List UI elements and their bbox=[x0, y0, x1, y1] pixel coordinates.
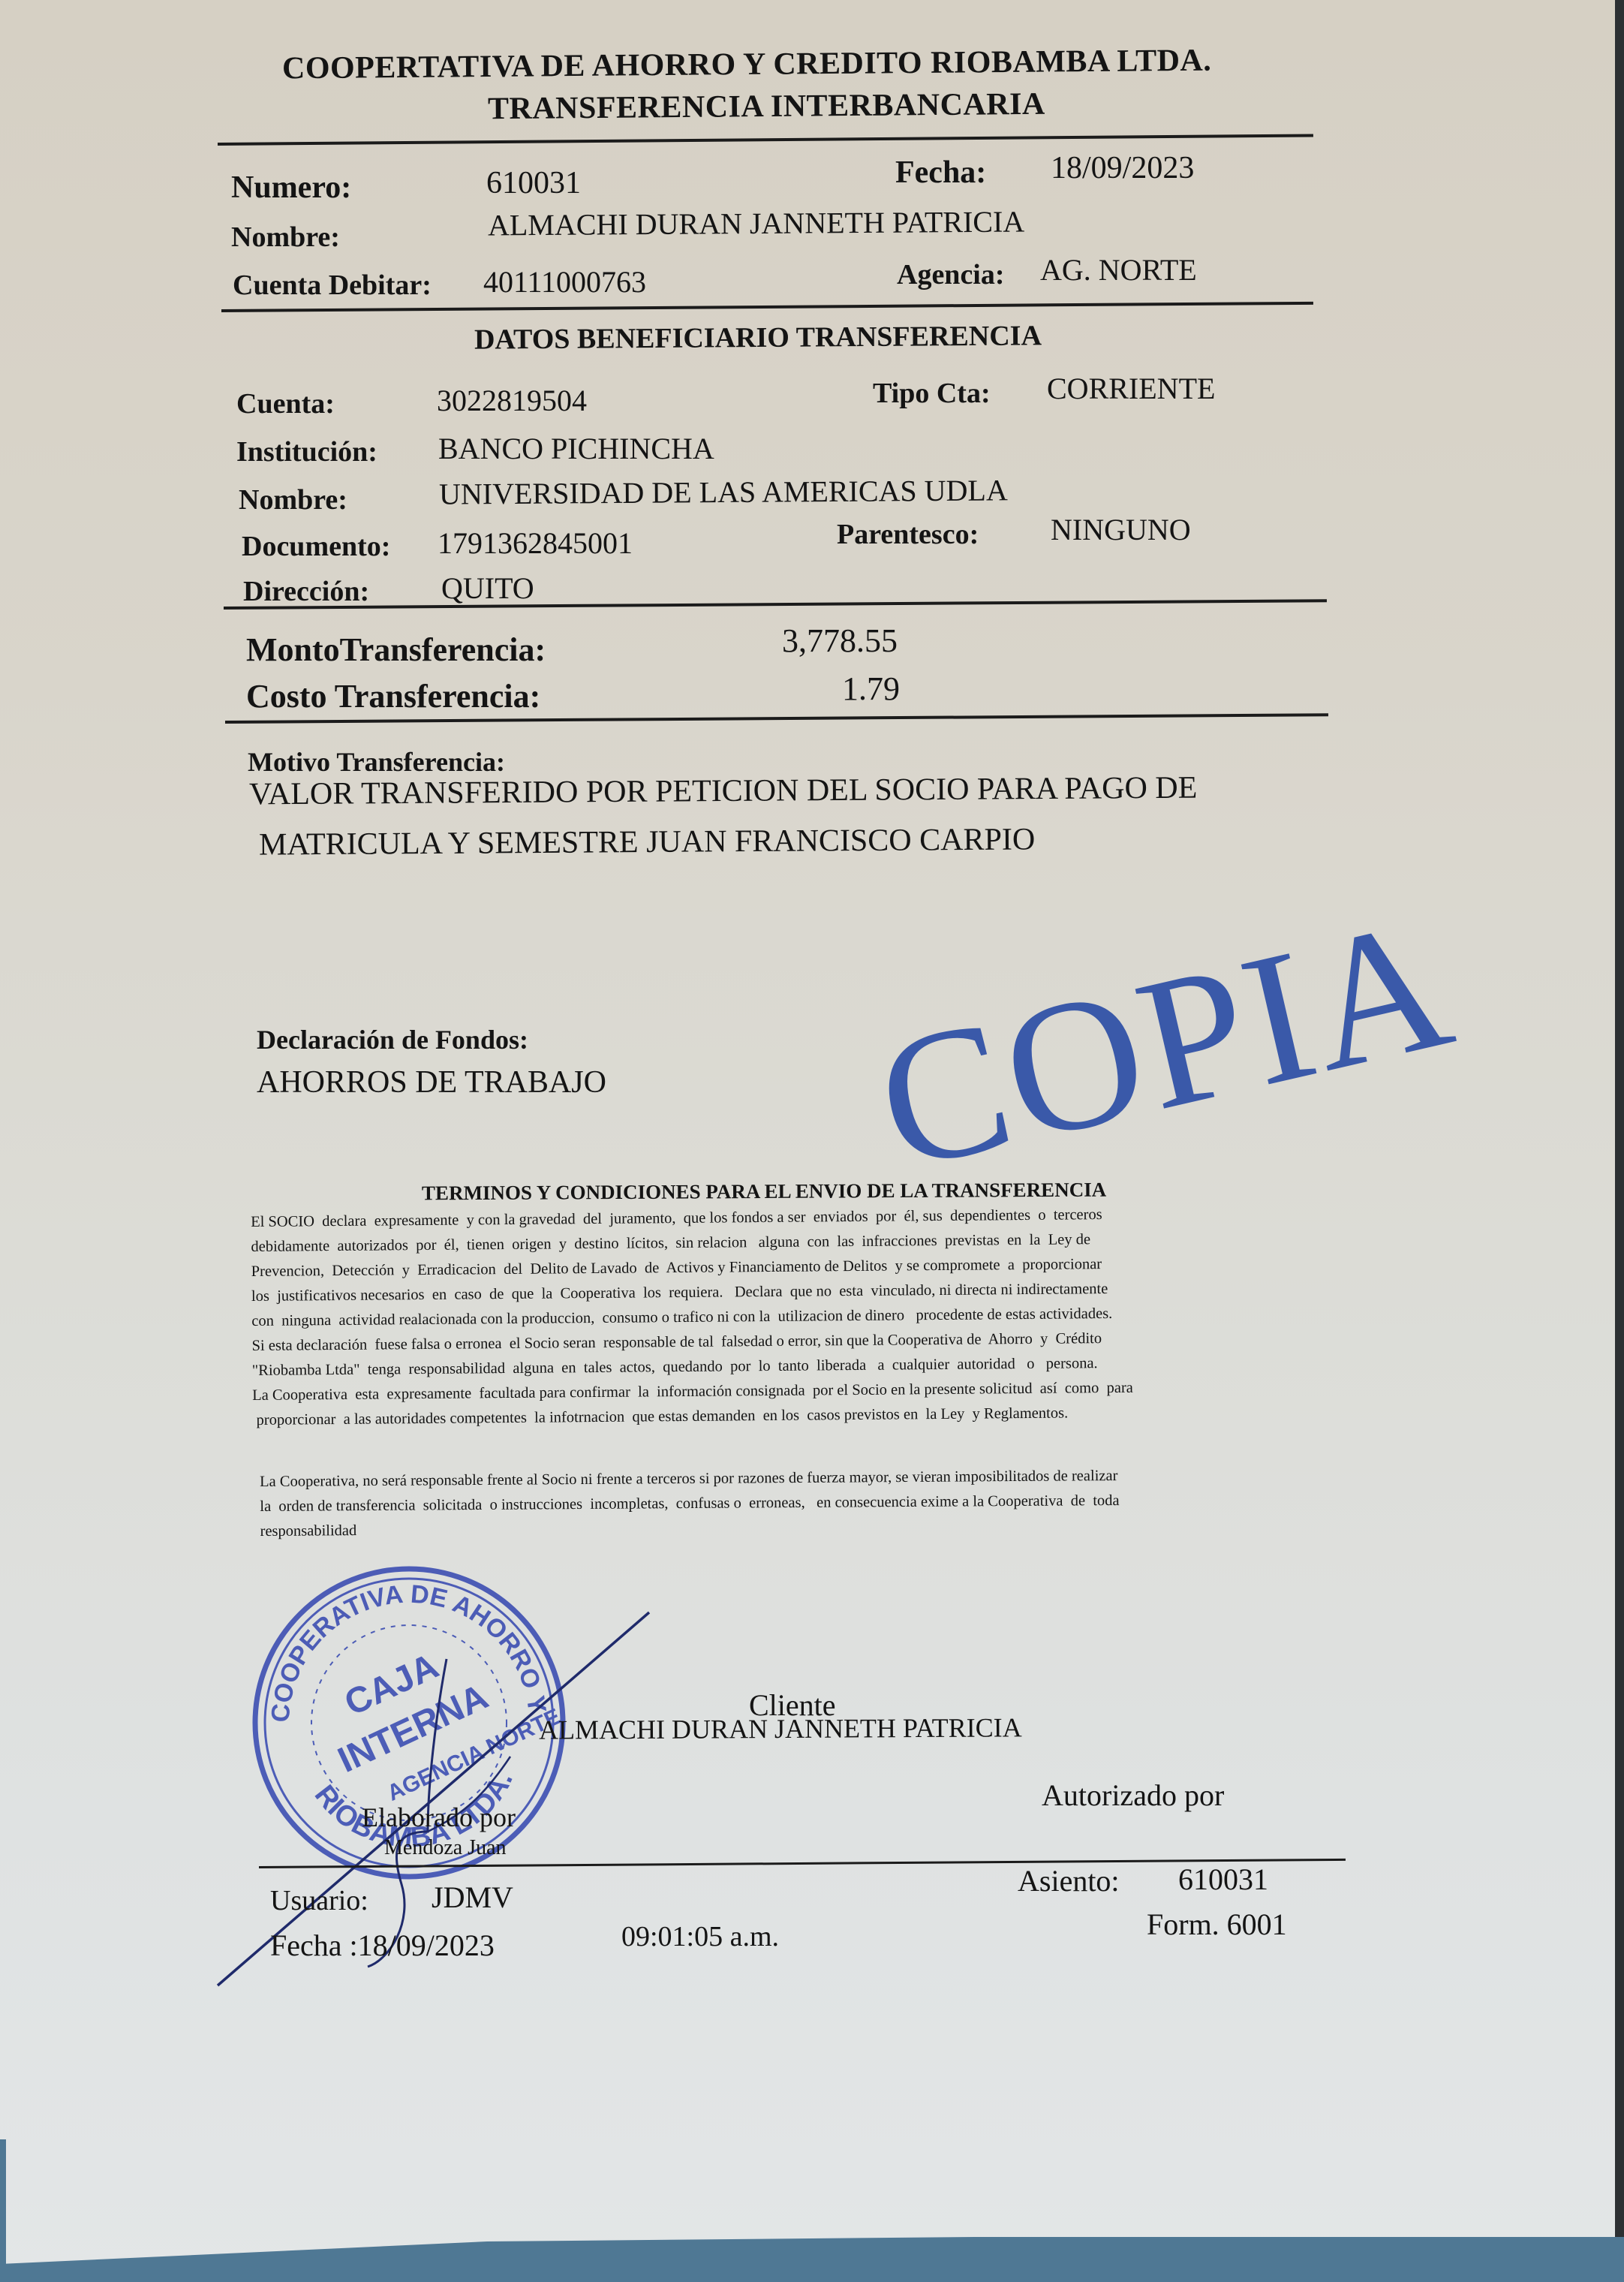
cuenta-debitar-label: Cuenta Debitar: bbox=[233, 269, 432, 302]
nombre-value: ALMACHI DURAN JANNETH PATRICIA bbox=[488, 204, 1025, 243]
direccion-value: QUITO bbox=[441, 570, 534, 606]
elaborado-por-label: Elaborado por bbox=[362, 1802, 516, 1833]
numero-value: 610031 bbox=[486, 165, 581, 201]
parentesco-label: Parentesco: bbox=[837, 518, 979, 551]
fecha-label: Fecha: bbox=[895, 155, 986, 191]
institucion-label: Institución: bbox=[236, 435, 377, 468]
motivo-line-1: VALOR TRANSFERIDO POR PETICION DEL SOCIO… bbox=[249, 770, 1198, 813]
beneficiario-section-title: DATOS BENEFICIARIO TRANSFERENCIA bbox=[474, 319, 1042, 356]
nombre-label: Nombre: bbox=[231, 221, 340, 254]
elaborado-por-nombre: Mendoza Juan bbox=[384, 1836, 507, 1860]
usuario-label: Usuario: bbox=[270, 1884, 368, 1917]
direccion-label: Dirección: bbox=[243, 575, 369, 608]
tipo-cuenta-value: CORRIENTE bbox=[1047, 371, 1215, 406]
asiento-value: 610031 bbox=[1178, 1862, 1268, 1897]
cliente-nombre: ALMACHI DURAN JANNETH PATRICIA bbox=[539, 1711, 1022, 1745]
beneficiario-cuenta-value: 3022819504 bbox=[437, 383, 587, 418]
beneficiario-nombre-label: Nombre: bbox=[239, 483, 347, 516]
form-number: Form. 6001 bbox=[1147, 1907, 1287, 1942]
fuerza-mayor-body: La Cooperativa, no será responsable fren… bbox=[260, 1464, 1120, 1544]
ordenante-divider bbox=[221, 302, 1313, 312]
footer-hora: 09:01:05 a.m. bbox=[621, 1920, 779, 1953]
cuenta-debitar-value: 40111000763 bbox=[483, 264, 646, 300]
motivo-label: Motivo Transferencia: bbox=[248, 746, 505, 778]
asiento-label: Asiento: bbox=[1018, 1863, 1120, 1898]
header-divider bbox=[218, 134, 1313, 146]
footer-fecha-value: 18/09/2023 bbox=[358, 1928, 495, 1962]
numero-label: Numero: bbox=[231, 170, 351, 206]
monto-label: MontoTransferencia: bbox=[246, 631, 546, 669]
agencia-value: AG. NORTE bbox=[1040, 252, 1197, 288]
parentesco-value: NINGUNO bbox=[1051, 512, 1191, 547]
beneficiario-cuenta-label: Cuenta: bbox=[236, 387, 335, 420]
tipo-cuenta-label: Tipo Cta: bbox=[873, 377, 991, 410]
institucion-value: BANCO PICHINCHA bbox=[438, 431, 714, 466]
institution-title: COOPERTATIVA DE AHORRO Y CREDITO RIOBAMB… bbox=[282, 43, 1212, 87]
costo-label: Costo Transferencia: bbox=[246, 677, 540, 715]
copia-stamp: COPIA bbox=[859, 874, 1471, 1215]
autorizado-por-label: Autorizado por bbox=[1042, 1778, 1224, 1813]
motivo-line-2: MATRICULA Y SEMESTRE JUAN FRANCISCO CARP… bbox=[259, 821, 1036, 863]
agencia-label: Agencia: bbox=[897, 258, 1005, 291]
footer-fecha-label: Fecha : bbox=[270, 1928, 358, 1962]
terminos-body: El SOCIO declara expresamente y con la g… bbox=[251, 1203, 1133, 1433]
beneficiario-divider bbox=[224, 599, 1327, 610]
document-type-title: TRANSFERENCIA INTERBANCARIA bbox=[488, 86, 1045, 127]
costo-value: 1.79 bbox=[842, 670, 900, 708]
background-edge bbox=[1615, 0, 1624, 2282]
footer-fecha: Fecha :18/09/2023 bbox=[270, 1928, 495, 1963]
declaracion-label: Declaración de Fondos: bbox=[257, 1024, 528, 1055]
desk-surface-left bbox=[0, 2139, 6, 2282]
monto-value: 3,778.55 bbox=[782, 622, 898, 660]
fecha-value: 18/09/2023 bbox=[1051, 150, 1194, 186]
documento-value: 1791362845001 bbox=[438, 525, 633, 561]
declaracion-value: AHORROS DE TRABAJO bbox=[257, 1064, 606, 1100]
documento-label: Documento: bbox=[242, 530, 390, 563]
document-page: COOPERTATIVA DE AHORRO Y CREDITO RIOBAMB… bbox=[0, 0, 1615, 2282]
beneficiario-nombre-value: UNIVERSIDAD DE LAS AMERICAS UDLA bbox=[439, 472, 1008, 511]
usuario-value: JDMV bbox=[432, 1880, 513, 1915]
